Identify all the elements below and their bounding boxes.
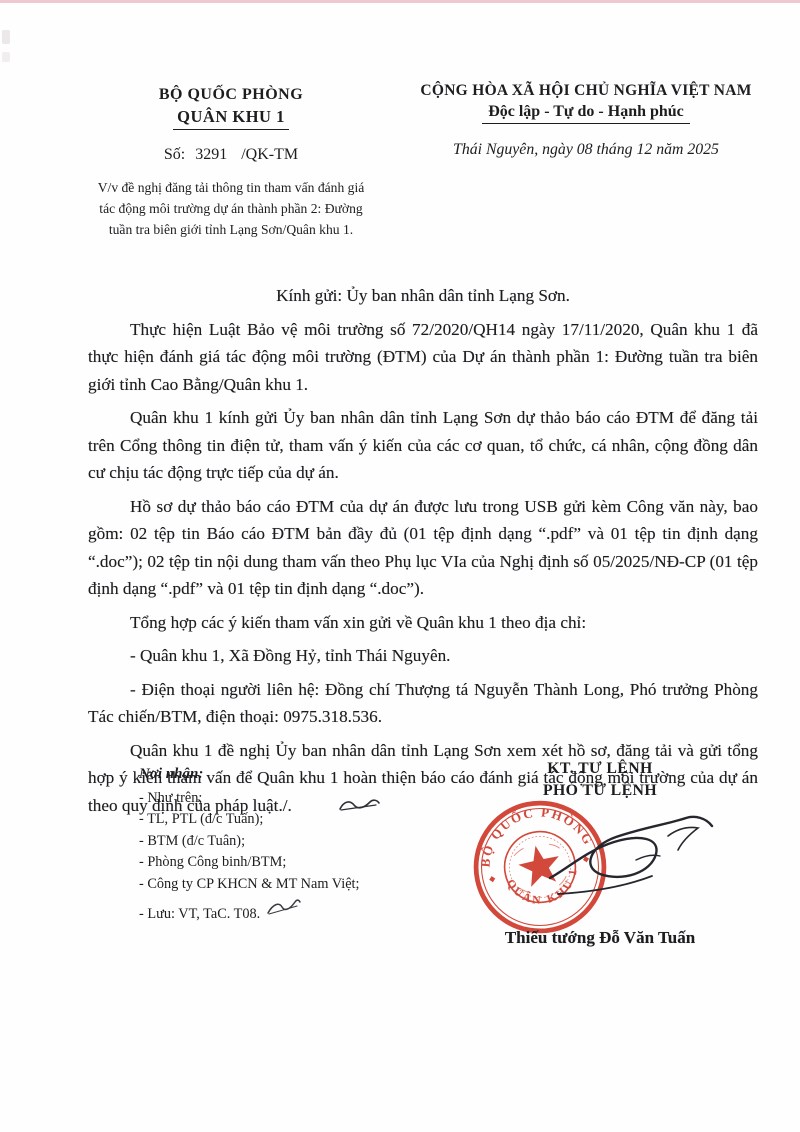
national-title: CỘNG HÒA XÃ HỘI CHỦ NGHĨA VIỆT NAM — [385, 82, 787, 100]
document-number: Số: 3291 /QK-TM — [92, 146, 370, 164]
org-parent: BỘ QUỐC PHÒNG — [92, 86, 370, 104]
handwritten-signature — [540, 806, 720, 921]
place-date-line: Thái Nguyên, ngày 08 tháng 12 năm 2025 — [385, 141, 787, 159]
recipient-item: - Lưu: VT, TaC. T08. — [139, 896, 419, 926]
signer-name: Thiếu tướng Đỗ Văn Tuấn — [455, 928, 745, 948]
signer-title-line2: PHÓ TƯ LỆNH — [468, 780, 732, 802]
recipient-item: - BTM (đ/c Tuân); — [139, 831, 419, 853]
seal-separator-left: ◆ — [488, 874, 497, 884]
recipient-item: - Công ty CP KHCN & MT Nam Việt; — [139, 874, 419, 896]
signer-title-line1: KT. TƯ LỆNH — [468, 758, 732, 780]
document-number-label: Số: — [164, 146, 185, 163]
paragraph-contact: - Điện thoại người liên hệ: Đồng chí Thư… — [88, 676, 758, 731]
recipient-item-text: - Lưu: VT, TaC. T08. — [139, 904, 260, 926]
paragraph: Tổng hợp các ý kiến tham vấn xin gửi về … — [88, 609, 758, 637]
paragraph: Quân khu 1 kính gửi Ủy ban nhân dân tỉnh… — [88, 404, 758, 487]
scan-smudge — [2, 52, 10, 62]
paragraph-address: - Quân khu 1, Xã Đồng Hỷ, tỉnh Thái Nguy… — [88, 642, 758, 670]
recipients-block: Nơi nhận: - Như trên; - TL, PTL (đ/c Tuấ… — [139, 764, 419, 925]
document-number-suffix: /QK-TM — [241, 146, 298, 163]
issuing-org-block: BỘ QUỐC PHÒNG QUÂN KHU 1 Số: 3291 /QK-TM… — [92, 86, 370, 240]
org-name: QUÂN KHU 1 — [173, 106, 289, 130]
handwritten-initials-icon — [264, 896, 302, 926]
recipient-item: - TL, PTL (đ/c Tuấn); — [139, 809, 419, 831]
national-header-block: CỘNG HÒA XÃ HỘI CHỦ NGHĨA VIỆT NAM Độc l… — [385, 82, 787, 159]
recipient-item: - Phòng Công binh/BTM; — [139, 852, 419, 874]
signature-title-block: KT. TƯ LỆNH PHÓ TƯ LỆNH — [468, 758, 732, 802]
paragraph: Hồ sơ dự thảo báo cáo ĐTM của dự án được… — [88, 493, 758, 603]
paragraph: Thực hiện Luật Bảo vệ môi trường số 72/2… — [88, 316, 758, 399]
document-number-value: 3291 — [189, 146, 237, 163]
signature-icon — [540, 806, 720, 921]
salutation: Kính gửi: Ủy ban nhân dân tỉnh Lạng Sơn. — [88, 282, 758, 310]
document-page: BỘ QUỐC PHÒNG QUÂN KHU 1 Số: 3291 /QK-TM… — [0, 0, 800, 1132]
document-subject: V/v đề nghị đăng tải thông tin tham vấn … — [92, 177, 370, 240]
recipients-label: Nơi nhận: — [139, 764, 419, 786]
scan-artifact-top-line — [0, 0, 800, 3]
recipient-item: - Như trên; — [139, 788, 419, 810]
scan-smudge — [2, 30, 10, 44]
document-body: Kính gửi: Ủy ban nhân dân tỉnh Lạng Sơn.… — [88, 282, 758, 828]
national-motto: Độc lập - Tự do - Hạnh phúc — [482, 103, 690, 124]
